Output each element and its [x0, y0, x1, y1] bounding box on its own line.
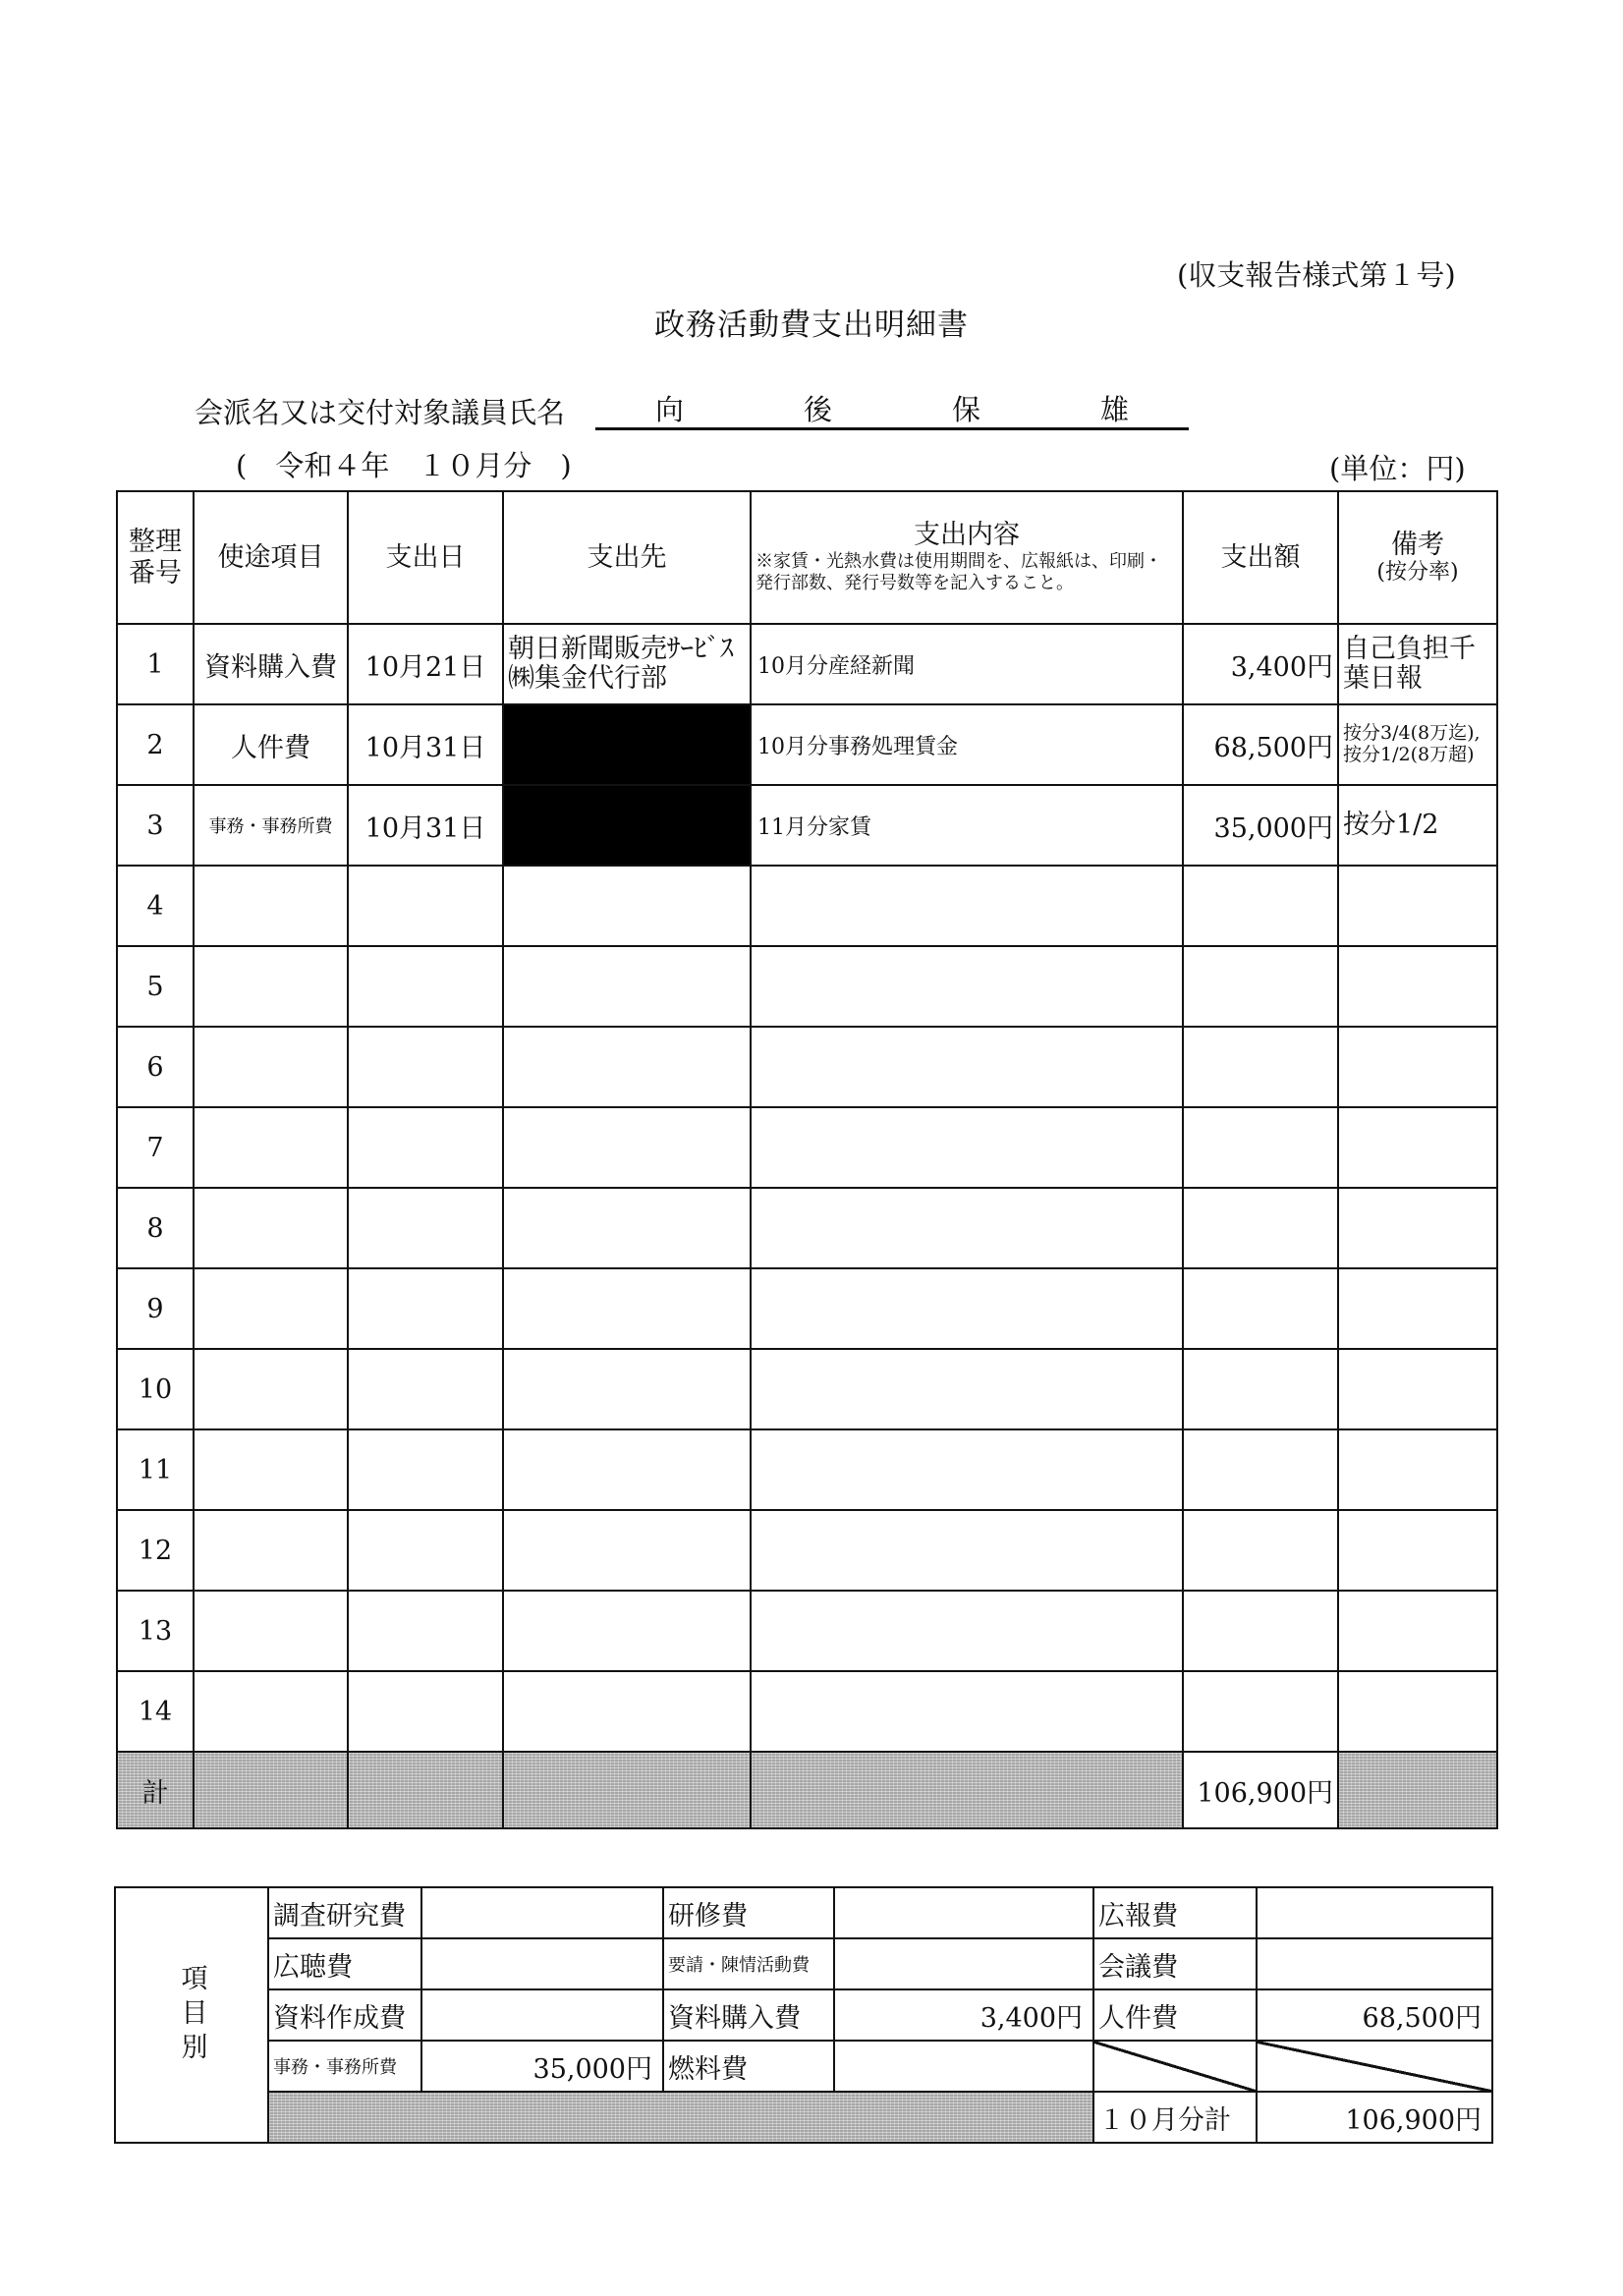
- summary-category-amount: [834, 1887, 1093, 1938]
- row-date: [348, 1591, 503, 1671]
- row-payee: [503, 1188, 751, 1268]
- col-header-category: 使途項目: [194, 491, 348, 624]
- row-amount: [1183, 1429, 1338, 1510]
- summary-category-amount: [421, 1938, 663, 1989]
- shaded-cell: [348, 1752, 503, 1828]
- currency-unit: (単位：円): [1329, 447, 1466, 487]
- row-description: [751, 1188, 1183, 1268]
- summary-category-label: 会議費: [1093, 1938, 1257, 1989]
- row-remarks: [1338, 946, 1497, 1027]
- row-date: [348, 1349, 503, 1429]
- table-row: 12: [117, 1510, 1497, 1591]
- row-number: 9: [117, 1268, 194, 1349]
- col-header-amount: 支出額: [1183, 491, 1338, 624]
- summary-category-amount: [834, 1938, 1093, 1989]
- row-description: [751, 1107, 1183, 1188]
- total-label: 計: [117, 1752, 194, 1828]
- row-number: 2: [117, 704, 194, 785]
- row-amount: [1183, 1268, 1338, 1349]
- row-payee: [503, 946, 751, 1027]
- row-payee: [503, 1268, 751, 1349]
- row-payee: [503, 1510, 751, 1591]
- row-amount: [1183, 1107, 1338, 1188]
- row-amount: 3,400円: [1183, 624, 1338, 704]
- row-payee: [503, 1349, 751, 1429]
- row-number: 14: [117, 1671, 194, 1752]
- document-title: 政務活動費支出明細書: [0, 300, 1623, 344]
- row-number: 4: [117, 866, 194, 946]
- col-header-payee: 支出先: [503, 491, 751, 624]
- description-note: ※家賃・光熱水費は使用期間を、広報紙は、印刷・発行部数、発行号数等を記入すること…: [752, 551, 1182, 595]
- row-remarks: [1338, 1510, 1497, 1591]
- shaded-cell: [1338, 1752, 1497, 1828]
- description-title: 支出内容: [752, 520, 1182, 550]
- expenditure-table: 整理 番号 使途項目 支出日 支出先 支出内容 ※家賃・光熱水費は使用期間を、広…: [116, 490, 1498, 1829]
- summary-category-amount: [421, 1989, 663, 2041]
- row-amount: [1183, 946, 1338, 1027]
- row-description: [751, 1027, 1183, 1107]
- table-row: 7: [117, 1107, 1497, 1188]
- summary-category-label: 人件費: [1093, 1989, 1257, 2041]
- row-remarks: [1338, 1188, 1497, 1268]
- row-date: [348, 946, 503, 1027]
- row-payee: [503, 1107, 751, 1188]
- summary-category-label: 資料購入費: [663, 1989, 834, 2041]
- row-number: 12: [117, 1510, 194, 1591]
- row-number: 3: [117, 785, 194, 866]
- row-number: 13: [117, 1591, 194, 1671]
- row-amount: [1183, 866, 1338, 946]
- summary-category-amount: [1257, 1887, 1492, 1938]
- row-date: [348, 1188, 503, 1268]
- summary-category-label: 資料作成費: [268, 1989, 421, 2041]
- row-date: [348, 1107, 503, 1188]
- summary-category-label: 広報費: [1093, 1887, 1257, 1938]
- row-remarks: [1338, 866, 1497, 946]
- row-category: [194, 1027, 348, 1107]
- summary-row: 項目別 調査研究費研修費広報費: [115, 1887, 1492, 1938]
- row-amount: [1183, 1510, 1338, 1591]
- row-date: 10月31日: [348, 785, 503, 866]
- member-name-char: 向: [655, 388, 684, 427]
- summary-side-label: 項目別: [115, 1887, 268, 2143]
- row-date: [348, 866, 503, 946]
- table-row: 5: [117, 946, 1497, 1027]
- row-description: 10月分事務処理賃金: [751, 704, 1183, 785]
- row-category: 事務・事務所費: [194, 785, 348, 866]
- report-period: ( 令和４年 １０月分 ): [236, 444, 572, 484]
- summary-category-label: 研修費: [663, 1887, 834, 1938]
- summary-category-label: 要請・陳情活動費: [663, 1938, 834, 1989]
- shaded-cell: [503, 1752, 751, 1828]
- table-body: 1資料購入費10月21日朝日新聞販売ｻｰﾋﾞｽ㈱集金代行部10月分産経新聞3,4…: [117, 624, 1497, 1752]
- row-remarks: [1338, 1107, 1497, 1188]
- table-row: 14: [117, 1671, 1497, 1752]
- summary-total-row: １０月分計106,900円: [115, 2092, 1492, 2143]
- row-remarks: [1338, 1349, 1497, 1429]
- summary-category-amount: [834, 2041, 1093, 2092]
- category-summary-table: 項目別 調査研究費研修費広報費 広聴費要請・陳情活動費会議費資料作成費資料購入費…: [114, 1886, 1493, 2144]
- row-number: 6: [117, 1027, 194, 1107]
- row-remarks: [1338, 1027, 1497, 1107]
- row-category: [194, 1349, 348, 1429]
- summary-category-amount: [1257, 1938, 1492, 1989]
- summary-category-label: 調査研究費: [268, 1887, 421, 1938]
- void-cell: [1093, 2041, 1257, 2092]
- row-date: [348, 1268, 503, 1349]
- table-header-row: 整理 番号 使途項目 支出日 支出先 支出内容 ※家賃・光熱水費は使用期間を、広…: [117, 491, 1497, 624]
- table-row: 6: [117, 1027, 1497, 1107]
- row-category: [194, 1671, 348, 1752]
- col-header-no: 整理 番号: [117, 491, 194, 624]
- table-row: 3事務・事務所費10月31日11月分家賃35,000円按分1/2: [117, 785, 1497, 866]
- row-category: [194, 866, 348, 946]
- table-row: 8: [117, 1188, 1497, 1268]
- row-amount: [1183, 1671, 1338, 1752]
- row-remarks: [1338, 1591, 1497, 1671]
- summary-row: 事務・事務所費35,000円燃料費: [115, 2041, 1492, 2092]
- row-payee: [503, 1591, 751, 1671]
- row-number: 10: [117, 1349, 194, 1429]
- row-remarks: 按分3/4(8万迄),按分1/2(8万超): [1338, 704, 1497, 785]
- row-amount: [1183, 1349, 1338, 1429]
- member-name-label: 会派名又は交付対象議員氏名: [195, 391, 565, 431]
- row-description: 11月分家賃: [751, 785, 1183, 866]
- row-number: 11: [117, 1429, 194, 1510]
- row-date: [348, 1671, 503, 1752]
- row-category: 資料購入費: [194, 624, 348, 704]
- total-row: 計 106,900円: [117, 1752, 1497, 1828]
- member-name-field: 向 後 保 雄: [595, 388, 1189, 430]
- row-description: [751, 1268, 1183, 1349]
- row-payee: [503, 1429, 751, 1510]
- summary-category-amount: 68,500円: [1257, 1989, 1492, 2041]
- table-row: 4: [117, 866, 1497, 946]
- total-amount: 106,900円: [1183, 1752, 1338, 1828]
- month-total-label: １０月分計: [1093, 2092, 1257, 2143]
- summary-category-label: 燃料費: [663, 2041, 834, 2092]
- col-header-remarks: 備考 (按分率): [1338, 491, 1497, 624]
- row-number: 8: [117, 1188, 194, 1268]
- table-row: 9: [117, 1268, 1497, 1349]
- member-name-char: 保: [952, 388, 980, 427]
- table-row: 1資料購入費10月21日朝日新聞販売ｻｰﾋﾞｽ㈱集金代行部10月分産経新聞3,4…: [117, 624, 1497, 704]
- summary-category-label: 広聴費: [268, 1938, 421, 1989]
- row-description: [751, 1510, 1183, 1591]
- row-category: [194, 1188, 348, 1268]
- row-payee: [503, 1671, 751, 1752]
- row-category: 人件費: [194, 704, 348, 785]
- row-category: [194, 1429, 348, 1510]
- summary-row: 広聴費要請・陳情活動費会議費: [115, 1938, 1492, 1989]
- row-description: 10月分産経新聞: [751, 624, 1183, 704]
- redacted-payee: [503, 704, 751, 785]
- row-remarks: 自己負担千葉日報: [1338, 624, 1497, 704]
- row-payee: 朝日新聞販売ｻｰﾋﾞｽ㈱集金代行部: [503, 624, 751, 704]
- row-amount: [1183, 1188, 1338, 1268]
- form-number: (収支報告様式第１号): [1177, 253, 1456, 294]
- void-cell: [1257, 2041, 1492, 2092]
- summary-body: 項目別 調査研究費研修費広報費 広聴費要請・陳情活動費会議費資料作成費資料購入費…: [115, 1887, 1492, 2143]
- member-name-char: 後: [804, 388, 832, 427]
- row-category: [194, 1591, 348, 1671]
- summary-row: 資料作成費資料購入費3,400円人件費68,500円: [115, 1989, 1492, 2041]
- row-number: 1: [117, 624, 194, 704]
- row-description: [751, 946, 1183, 1027]
- row-description: [751, 1349, 1183, 1429]
- shaded-cell: [268, 2092, 1093, 2143]
- row-description: [751, 1429, 1183, 1510]
- row-description: [751, 1591, 1183, 1671]
- remarks-subtitle: (按分率): [1339, 560, 1496, 585]
- row-remarks: 按分1/2: [1338, 785, 1497, 866]
- row-number: 7: [117, 1107, 194, 1188]
- row-remarks: [1338, 1268, 1497, 1349]
- row-date: [348, 1510, 503, 1591]
- month-total-amount: 106,900円: [1257, 2092, 1492, 2143]
- row-category: [194, 1268, 348, 1349]
- redacted-payee: [503, 785, 751, 866]
- summary-category-label: 事務・事務所費: [268, 2041, 421, 2092]
- row-remarks: [1338, 1429, 1497, 1510]
- table-row: 2人件費10月31日10月分事務処理賃金68,500円按分3/4(8万迄),按分…: [117, 704, 1497, 785]
- col-header-date: 支出日: [348, 491, 503, 624]
- shaded-cell: [194, 1752, 348, 1828]
- shaded-cell: [751, 1752, 1183, 1828]
- row-category: [194, 946, 348, 1027]
- row-date: [348, 1429, 503, 1510]
- row-number: 5: [117, 946, 194, 1027]
- col-header-description: 支出内容 ※家賃・光熱水費は使用期間を、広報紙は、印刷・発行部数、発行号数等を記…: [751, 491, 1183, 624]
- table-row: 10: [117, 1349, 1497, 1429]
- row-amount: [1183, 1027, 1338, 1107]
- row-date: 10月21日: [348, 624, 503, 704]
- row-description: [751, 866, 1183, 946]
- remarks-title: 備考: [1339, 530, 1496, 560]
- table-row: 13: [117, 1591, 1497, 1671]
- summary-category-amount: 35,000円: [421, 2041, 663, 2092]
- member-name-char: 雄: [1100, 388, 1129, 427]
- summary-category-amount: [421, 1887, 663, 1938]
- row-date: [348, 1027, 503, 1107]
- row-amount: 35,000円: [1183, 785, 1338, 866]
- row-description: [751, 1671, 1183, 1752]
- summary-category-amount: 3,400円: [834, 1989, 1093, 2041]
- row-category: [194, 1510, 348, 1591]
- row-date: 10月31日: [348, 704, 503, 785]
- row-payee: [503, 1027, 751, 1107]
- row-amount: [1183, 1591, 1338, 1671]
- row-amount: 68,500円: [1183, 704, 1338, 785]
- row-category: [194, 1107, 348, 1188]
- table-row: 11: [117, 1429, 1497, 1510]
- row-payee: [503, 866, 751, 946]
- row-remarks: [1338, 1671, 1497, 1752]
